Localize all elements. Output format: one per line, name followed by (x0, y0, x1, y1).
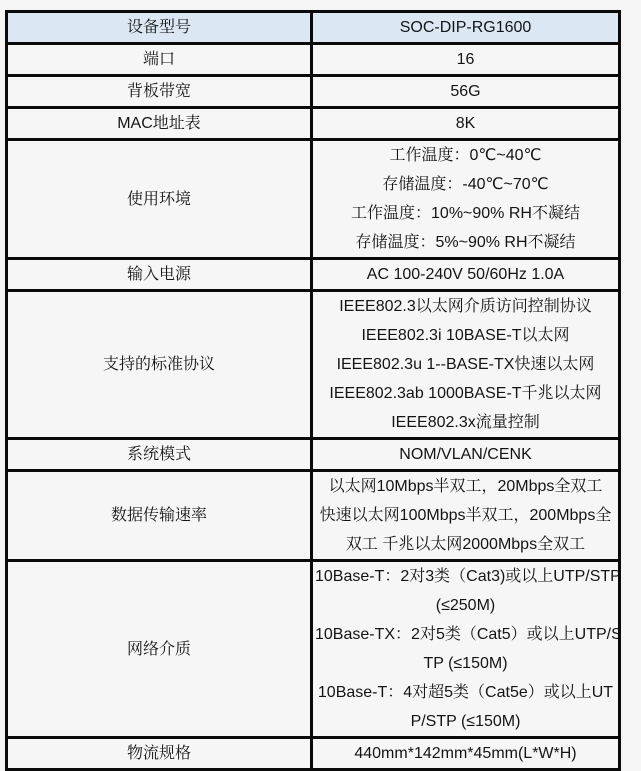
spec-value-line: TP (≤150M) (315, 649, 616, 678)
spec-value-line: 工作温度：10%~90% RH不凝结 (315, 199, 616, 228)
spec-label: 物流规格 (7, 738, 312, 770)
spec-value: 16 (312, 44, 620, 76)
table-row: MAC地址表8K (7, 108, 620, 140)
spec-label: 设备型号 (7, 12, 312, 44)
spec-value-line: 440mm*142mm*45mm(L*W*H) (315, 739, 616, 768)
spec-value: NOM/VLAN/CENK (312, 439, 620, 471)
spec-value: 440mm*142mm*45mm(L*W*H) (312, 738, 620, 770)
spec-value-line: 16 (315, 45, 616, 74)
table-row: 数据传输速率以太网10Mbps半双工，20Mbps全双工快速以太网100Mbps… (7, 471, 620, 561)
spec-value-line: 10Base-T：2对3类（Cat3)或以上UTP/STP (315, 562, 616, 591)
spec-label: 输入电源 (7, 259, 312, 291)
spec-value-line: 快速以太网100Mbps半双工，200Mbps全 (315, 501, 616, 530)
table-row: 使用环境工作温度：0℃~40℃存储温度：-40℃~70℃工作温度：10%~90%… (7, 140, 620, 259)
table-row: 系统模式NOM/VLAN/CENK (7, 439, 620, 471)
spec-value: IEEE802.3以太网介质访问控制协议IEEE802.3i 10BASE-T以… (312, 291, 620, 439)
spec-value-line: AC 100-240V 50/60Hz 1.0A (315, 260, 616, 289)
spec-value-line: NOM/VLAN/CENK (315, 440, 616, 469)
spec-label: 使用环境 (7, 140, 312, 259)
table-row: 支持的标准协议IEEE802.3以太网介质访问控制协议IEEE802.3i 10… (7, 291, 620, 439)
table-row: 背板带宽56G (7, 76, 620, 108)
spec-value-line: 56G (315, 77, 616, 106)
spec-value-line: 工作温度：0℃~40℃ (315, 141, 616, 170)
spec-value-line: 8K (315, 109, 616, 138)
spec-value-line: 存储温度：5%~90% RH不凝结 (315, 228, 616, 257)
spec-value-line: IEEE802.3u 1--BASE-TX快速以太网 (315, 350, 616, 379)
spec-value-line: P/STP (≤150M) (315, 707, 616, 736)
table-header-row: 设备型号SOC-DIP-RG1600 (7, 12, 620, 44)
spec-value-line: SOC-DIP-RG1600 (315, 13, 616, 42)
table-row: 网络介质10Base-T：2对3类（Cat3)或以上UTP/STP(≤250M)… (7, 561, 620, 738)
spec-value-line: 双工 千兆以太网2000Mbps全双工 (315, 530, 616, 559)
spec-table-body: 设备型号SOC-DIP-RG1600端口16背板带宽56GMAC地址表8K使用环… (7, 12, 620, 770)
spec-value-line: 存储温度：-40℃~70℃ (315, 170, 616, 199)
spec-value: AC 100-240V 50/60Hz 1.0A (312, 259, 620, 291)
spec-value-line: IEEE802.3ab 1000BASE-T千兆以太网 (315, 379, 616, 408)
spec-value: 8K (312, 108, 620, 140)
spec-label: 网络介质 (7, 561, 312, 738)
spec-value-line: (≤250M) (315, 591, 616, 620)
spec-label: 支持的标准协议 (7, 291, 312, 439)
spec-value-line: 以太网10Mbps半双工，20Mbps全双工 (315, 472, 616, 501)
spec-value: 56G (312, 76, 620, 108)
table-row: 输入电源AC 100-240V 50/60Hz 1.0A (7, 259, 620, 291)
spec-label: 数据传输速率 (7, 471, 312, 561)
spec-value-line: IEEE802.3i 10BASE-T以太网 (315, 321, 616, 350)
spec-value-line: IEEE802.3x流量控制 (315, 408, 616, 437)
spec-value-line: 10Base-T：4对超5类（Cat5e）或以上UT (315, 678, 616, 707)
spec-value: 工作温度：0℃~40℃存储温度：-40℃~70℃工作温度：10%~90% RH不… (312, 140, 620, 259)
table-row: 端口16 (7, 44, 620, 76)
spec-value: 以太网10Mbps半双工，20Mbps全双工快速以太网100Mbps半双工，20… (312, 471, 620, 561)
spec-label: 端口 (7, 44, 312, 76)
spec-table: 设备型号SOC-DIP-RG1600端口16背板带宽56GMAC地址表8K使用环… (5, 10, 621, 771)
spec-value: SOC-DIP-RG1600 (312, 12, 620, 44)
spec-label: 背板带宽 (7, 76, 312, 108)
spec-value-line: IEEE802.3以太网介质访问控制协议 (315, 292, 616, 321)
spec-value: 10Base-T：2对3类（Cat3)或以上UTP/STP(≤250M)10Ba… (312, 561, 620, 738)
spec-label: MAC地址表 (7, 108, 312, 140)
spec-value-line: 10Base-TX：2对5类（Cat5）或以上UTP/S (315, 620, 616, 649)
spec-label: 系统模式 (7, 439, 312, 471)
